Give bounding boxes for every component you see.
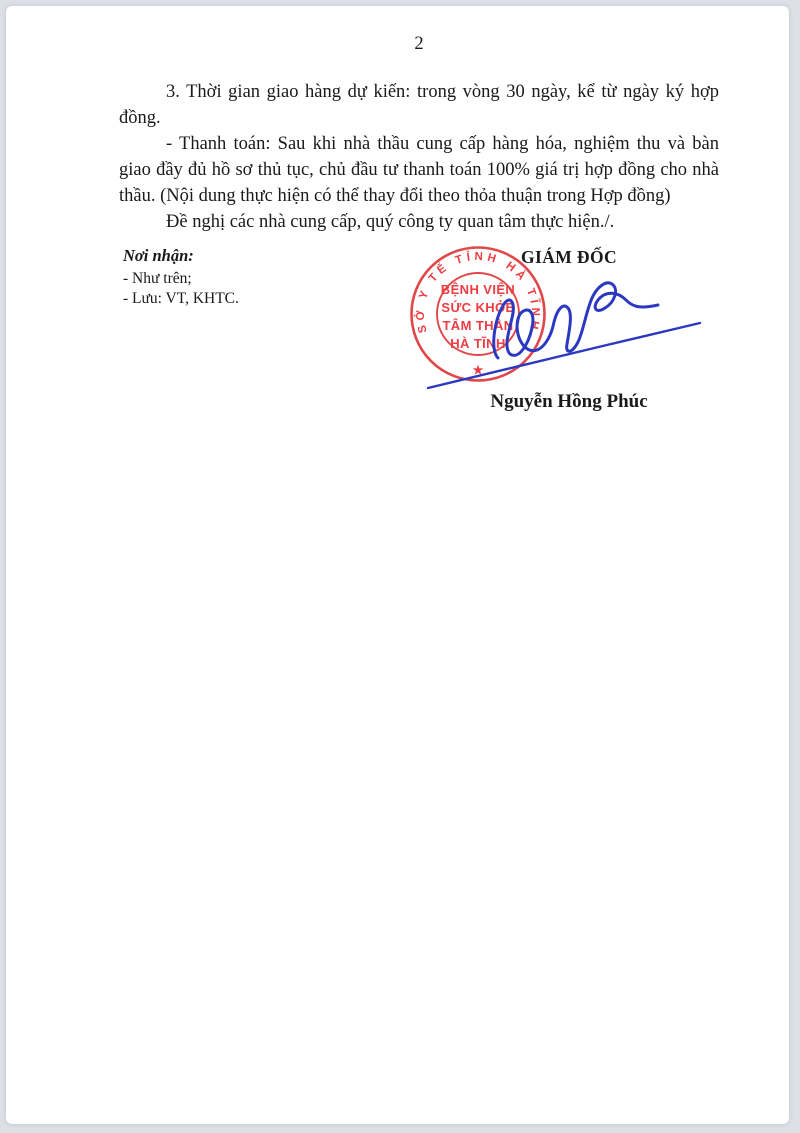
recipients-item: - Lưu: VT, KHTC.	[123, 289, 383, 309]
recipients-item: - Như trên;	[123, 269, 383, 289]
page-number: 2	[119, 34, 719, 55]
document-body: 3. Thời gian giao hàng dự kiến: trong vò…	[119, 79, 719, 235]
paragraph-delivery-time: 3. Thời gian giao hàng dự kiến: trong vò…	[119, 79, 719, 131]
recipients-block: Nơi nhận: - Như trên; - Lưu: VT, KHTC.	[123, 246, 383, 308]
document-page: 2 3. Thời gian giao hàng dự kiến: trong …	[6, 6, 789, 1124]
signer-name: Nguyễn Hồng Phúc	[404, 391, 734, 413]
recipients-heading: Nơi nhận:	[123, 246, 383, 266]
signature-icon	[420, 270, 710, 400]
paragraph-payment-terms: - Thanh toán: Sau khi nhà thầu cung cấp …	[119, 131, 719, 209]
paragraph-closing-request: Đề nghị các nhà cung cấp, quý công ty qu…	[119, 209, 719, 235]
